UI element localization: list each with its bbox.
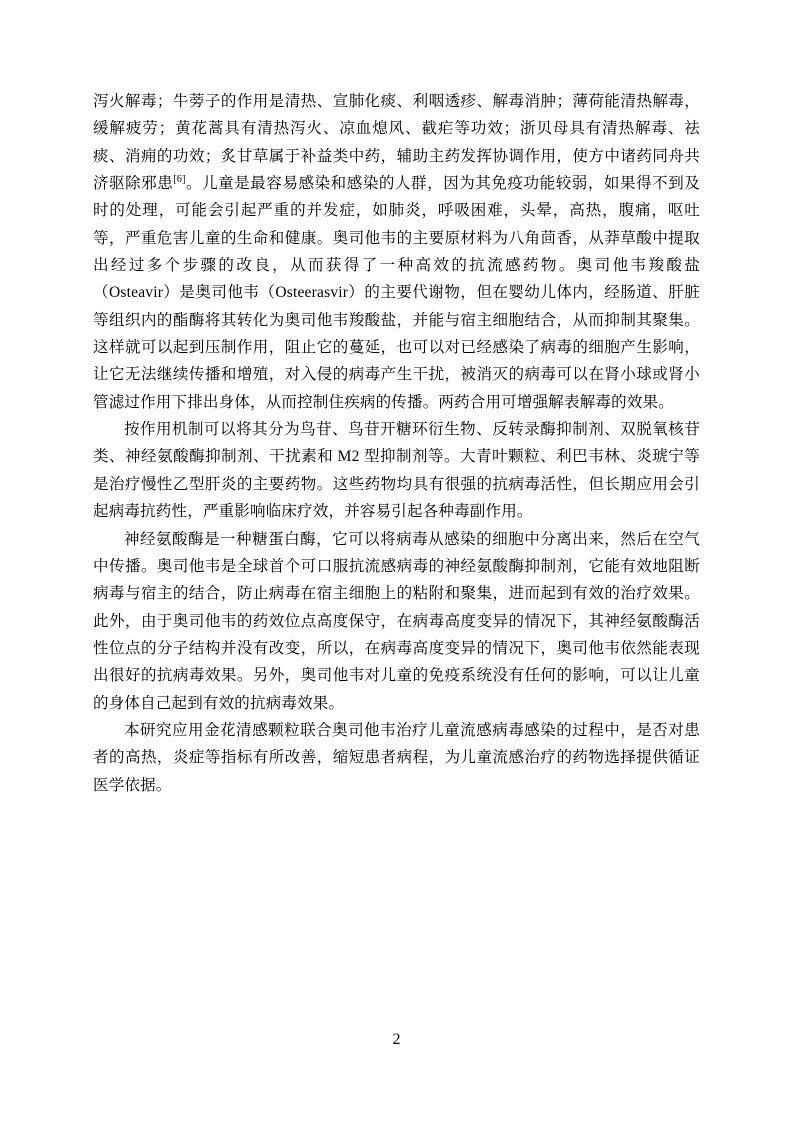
paragraph: 神经氨酸酶是一种糖蛋白酶，它可以将病毒从感染的细胞中分离出来，然后在空气中传播。… xyxy=(93,526,700,717)
paragraph: 按作用机制可以将其分为鸟苷、鸟苷开糖环衍生物、反转录酶抑制剂、双脱氧核苷类、神经… xyxy=(93,416,700,525)
page-number: 2 xyxy=(393,1031,401,1048)
paragraph: 泻火解毒；牛蒡子的作用是清热、宣肺化痰、利咽透疹、解毒消肿；薄荷能清热解毒，缓解… xyxy=(93,88,700,416)
citation-ref: [6] xyxy=(173,174,185,185)
page-footer: 2 xyxy=(0,1030,793,1050)
document-page: 泻火解毒；牛蒡子的作用是清热、宣肺化痰、利咽透疹、解毒消肿；薄荷能清热解毒，缓解… xyxy=(0,0,793,1122)
text-body: 泻火解毒；牛蒡子的作用是清热、宣肺化痰、利咽透疹、解毒消肿；薄荷能清热解毒，缓解… xyxy=(93,88,700,799)
paragraph-text: 。儿童是最容易感染和感染的人群，因为其免疫功能较弱，如果得不到及时的处理，可能会… xyxy=(93,175,700,411)
paragraph: 本研究应用金花清感颗粒联合奥司他韦治疗儿童流感病毒感染的过程中，是否对患者的高热… xyxy=(93,717,700,799)
